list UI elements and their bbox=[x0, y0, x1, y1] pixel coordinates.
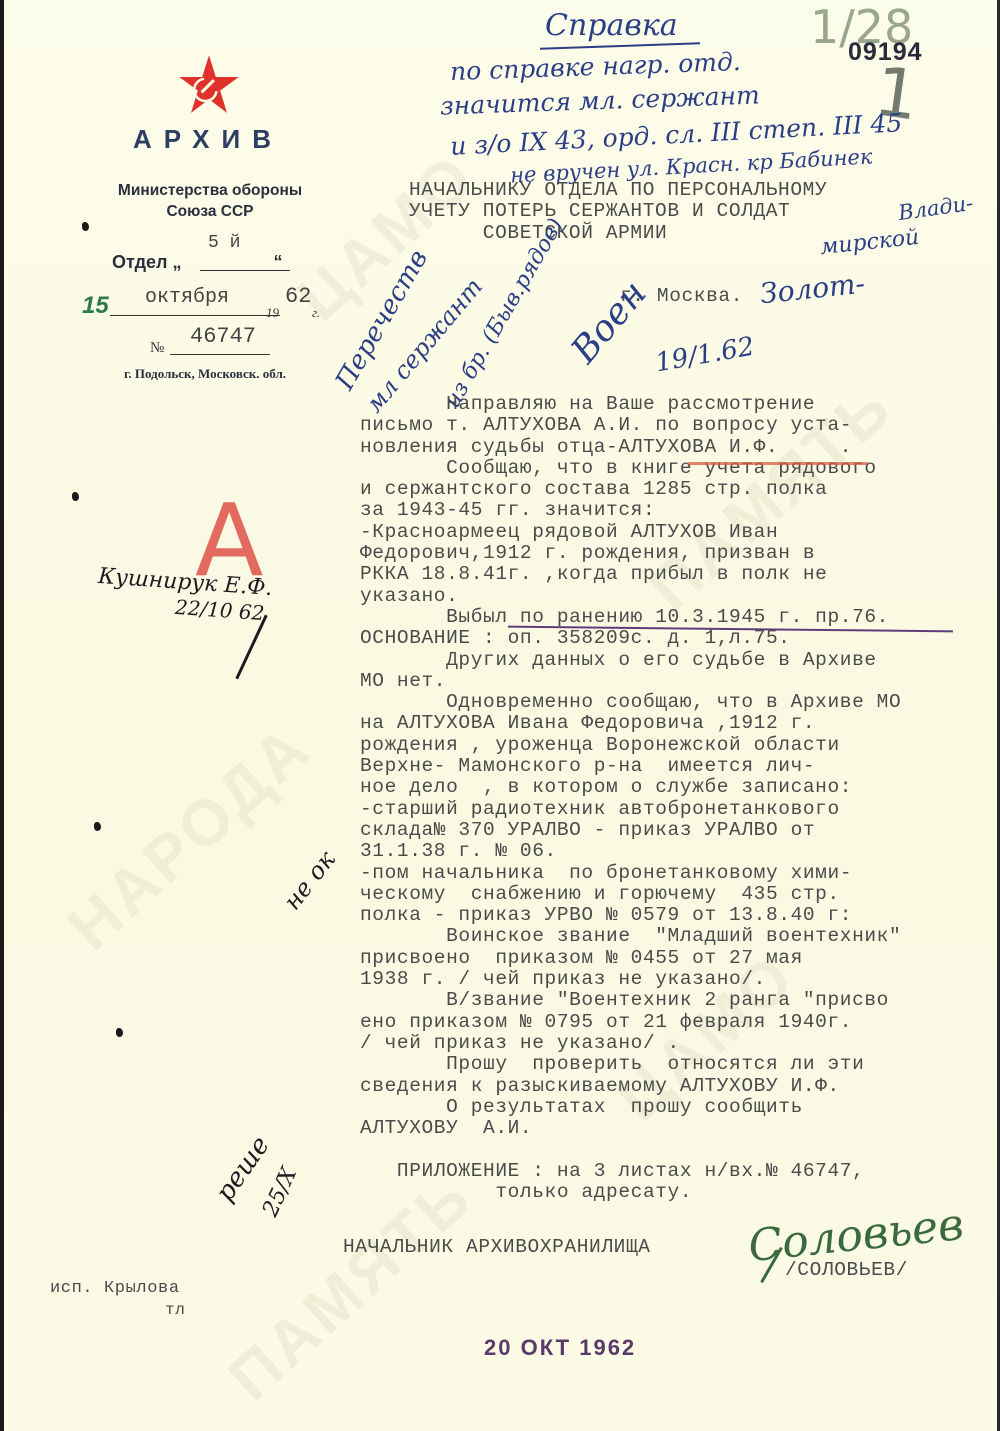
handwritten-note: Влади- bbox=[897, 191, 975, 225]
executor-initials: тл bbox=[165, 1300, 185, 1321]
hole-punch-mark bbox=[72, 492, 79, 501]
date-suffix: г. bbox=[312, 305, 320, 321]
signature-title: НАЧАЛЬНИК АРХИВОХРАНИЛИЩА bbox=[343, 1237, 651, 1258]
red-underline-mark bbox=[688, 462, 868, 465]
department-label-text: Отдел „ bbox=[112, 252, 181, 272]
handwritten-resolution-date: 22/10 62 bbox=[174, 595, 265, 625]
archive-location: г. Подольск, Московск. обл. bbox=[100, 366, 310, 382]
scan-edge-left bbox=[0, 0, 4, 1431]
handwritten-title: Справка bbox=[545, 8, 678, 43]
hole-punch-mark bbox=[94, 822, 101, 831]
handwritten-note: Воен bbox=[564, 273, 655, 371]
handwritten-note: не ок bbox=[278, 846, 341, 916]
resolution-stroke bbox=[235, 615, 267, 680]
addressee: НАЧАЛЬНИКУ ОТДЕЛА ПО ПЕРСОНАЛЬНОМУ УЧЕТУ… bbox=[409, 180, 827, 244]
archive-title: АРХИВ bbox=[118, 124, 298, 155]
ministry-name: Министерства обороны Союза ССР bbox=[80, 180, 340, 222]
handwritten-date: 25/X bbox=[258, 1164, 302, 1221]
hole-punch-mark bbox=[116, 1028, 123, 1037]
document-number: 46747 bbox=[190, 324, 256, 349]
date-century: 19 bbox=[266, 305, 279, 321]
red-star-hammer-sickle-icon bbox=[178, 54, 240, 116]
number-label: № bbox=[150, 340, 164, 357]
date-month: октября bbox=[145, 286, 229, 309]
handwritten-date: 19/1.62 bbox=[653, 332, 756, 379]
handwritten-note-line: по справке нагр. отд. bbox=[450, 47, 742, 86]
ministry-line-1: Министерства обороны bbox=[80, 180, 340, 201]
date-year: 62 bbox=[285, 284, 311, 309]
signatory-name: /СОЛОВЬЕВ/ bbox=[785, 1260, 908, 1281]
number-line bbox=[170, 354, 270, 355]
department-value: 5 й bbox=[208, 233, 240, 253]
department-label-close: “ bbox=[273, 252, 282, 272]
handwritten-note-line: значится мл. сержант bbox=[440, 80, 761, 120]
executor-name: исп. Крылова bbox=[50, 1278, 180, 1299]
hole-punch-mark bbox=[82, 222, 89, 231]
handwritten-note: Золот- bbox=[759, 267, 867, 311]
watermark: НАРОДА bbox=[54, 709, 326, 964]
ministry-line-2: Союза ССР bbox=[80, 201, 340, 222]
date-day: 15 bbox=[82, 292, 109, 320]
document-page: ЦАМО ПАМЯТЬ НАРОДА ЦАМО ПАМЯТЬ АРХИВ Мин… bbox=[0, 0, 1000, 1431]
handwritten-note: мирской bbox=[819, 225, 920, 260]
letter-body: Направляю на Ваше рассмотрение письмо т.… bbox=[360, 394, 901, 1203]
received-date-stamp: 20 ОКТ 1962 bbox=[484, 1335, 636, 1361]
department-line bbox=[200, 270, 290, 271]
date-line bbox=[110, 315, 280, 316]
